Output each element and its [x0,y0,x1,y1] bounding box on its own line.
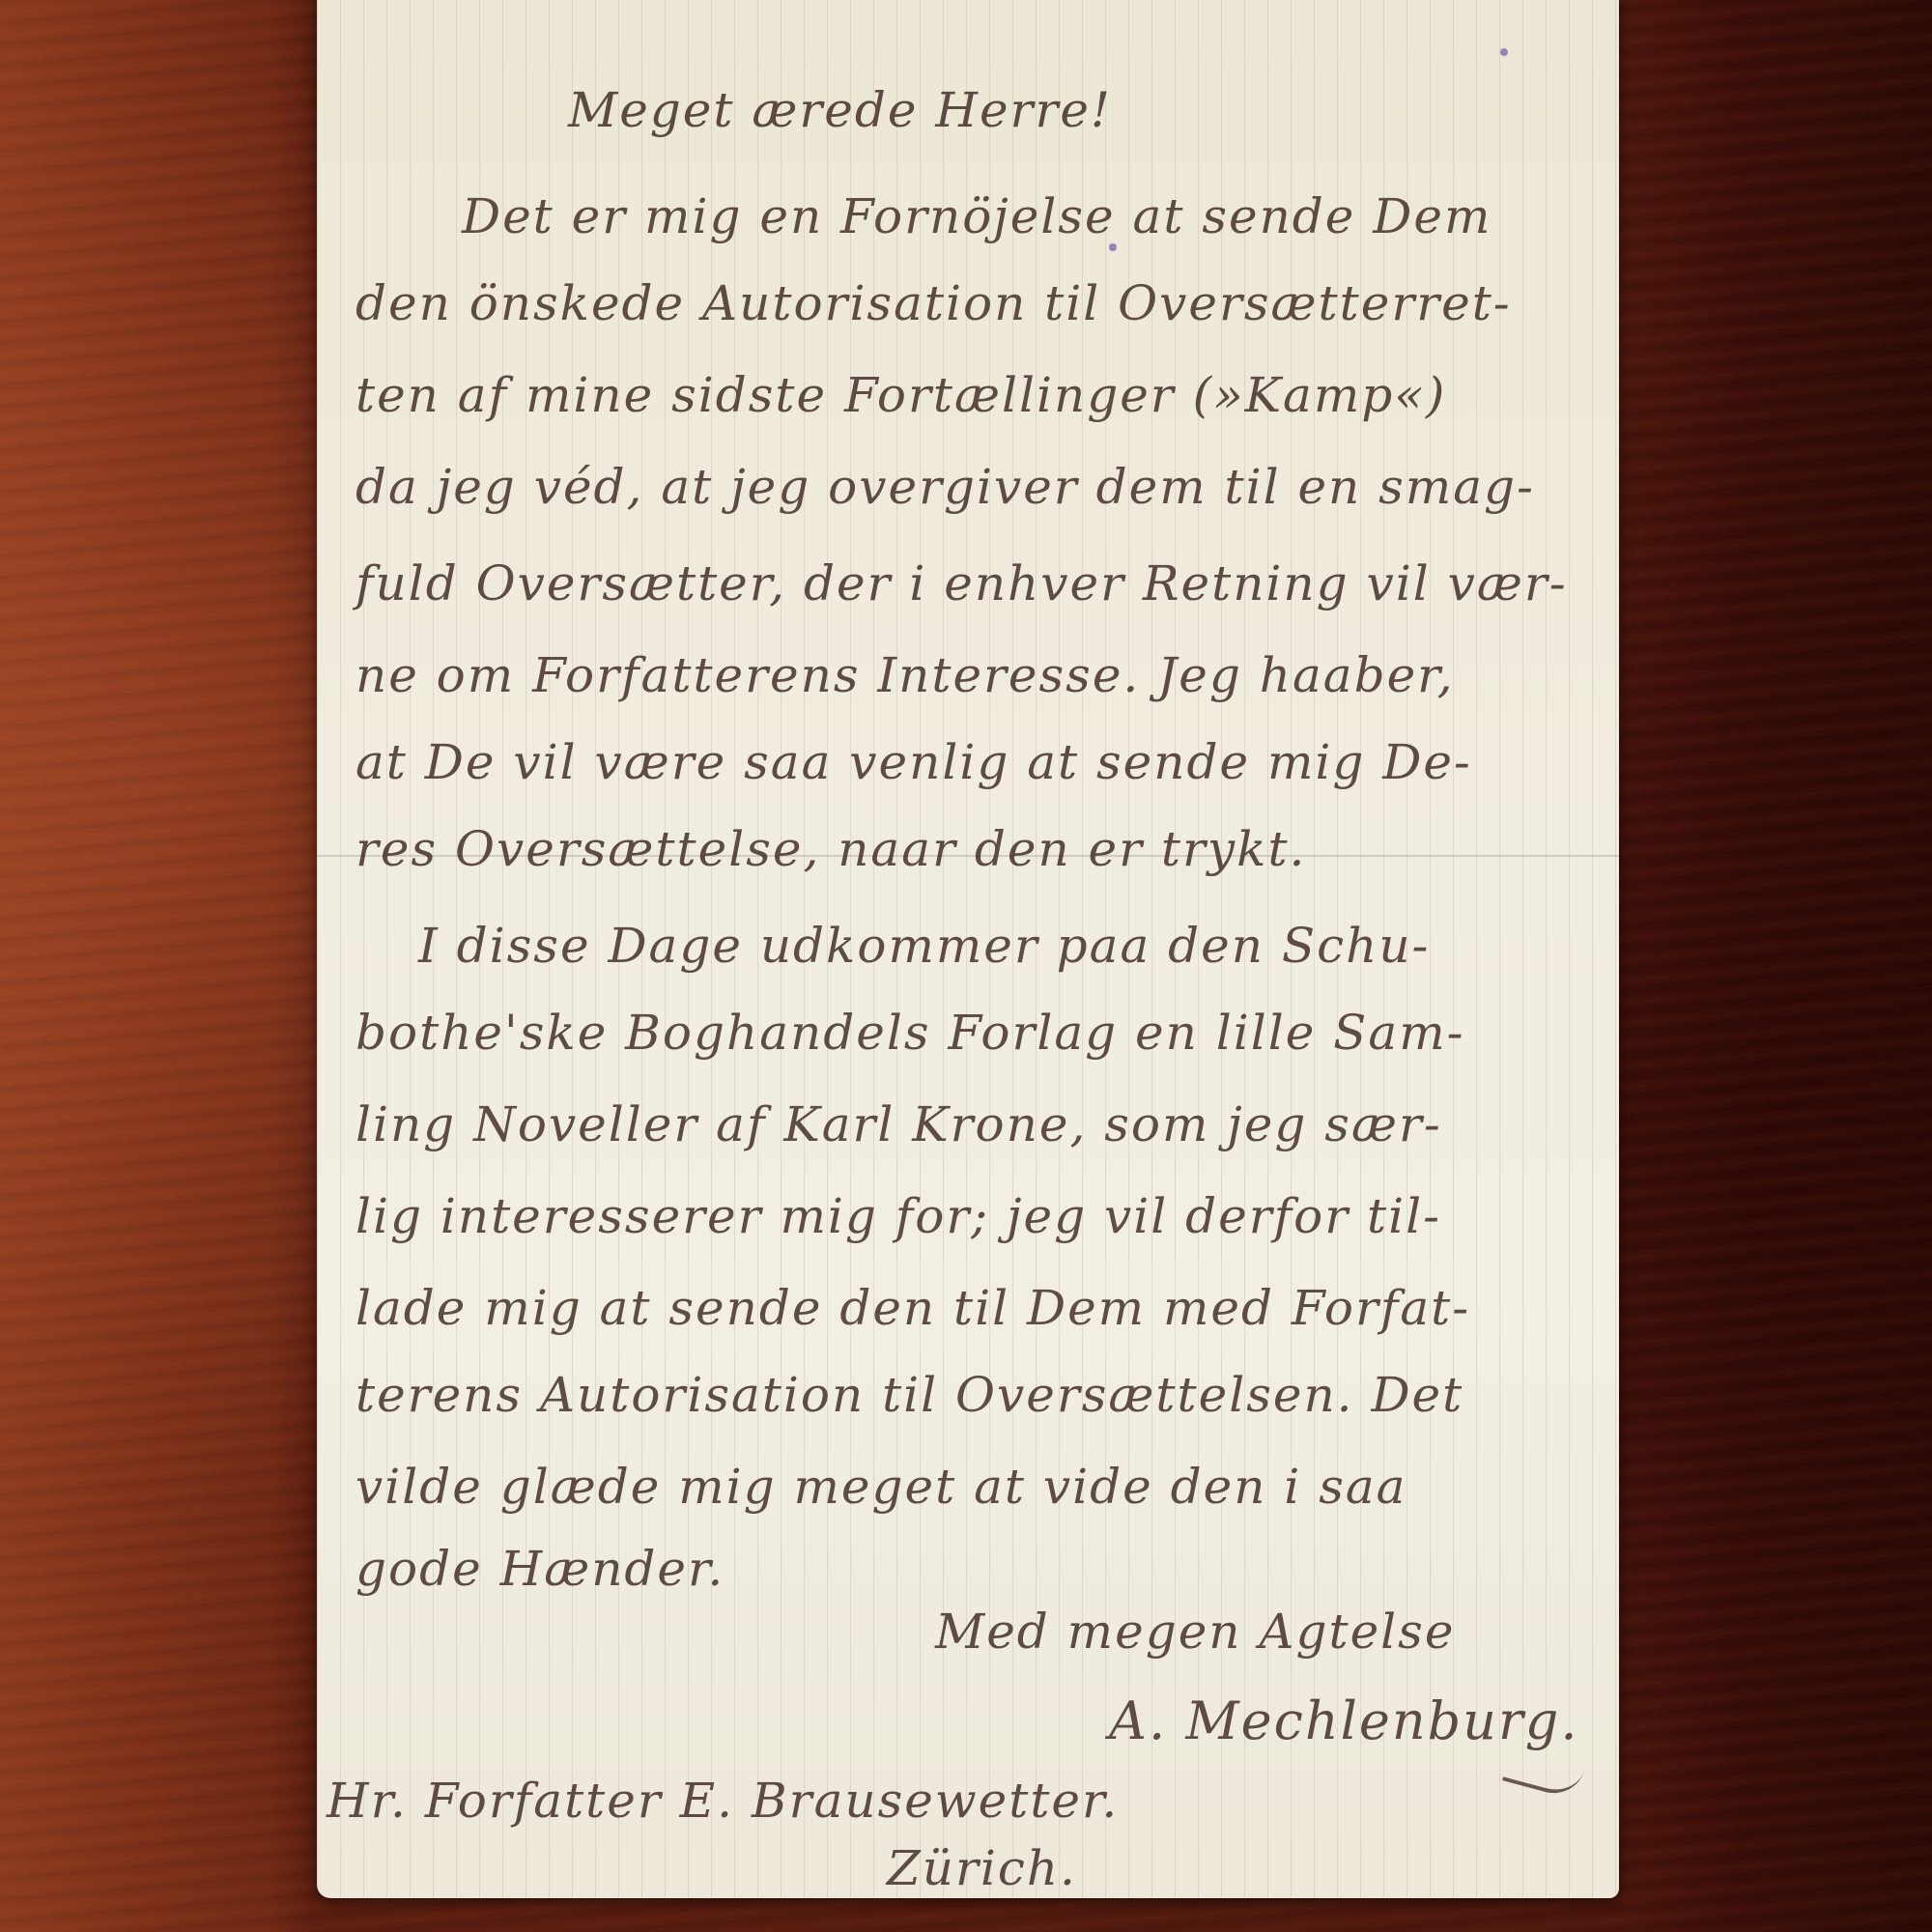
body-line: Det er mig en Fornöjelse at sende Dem [462,188,1492,244]
address-city: Zürich. [887,1840,1077,1896]
body-line: lade mig at sende den til Dem med Forfat… [355,1280,1470,1336]
body-line: den önskede Autorisation til Oversætterr… [355,275,1512,331]
ink-speck [1109,243,1117,251]
letter-paper: Meget ærede Herre! Det er mig en Fornöje… [317,0,1619,1898]
body-line: vilde glæde mig meget at vide den i saa [355,1459,1406,1515]
body-line: gode Hænder. [355,1541,724,1597]
closing: Med megen Agtelse [935,1604,1455,1660]
signature-flourish [1502,1748,1585,1801]
body-line: ne om Forfatterens Interesse. Jeg haaber… [355,647,1454,703]
body-line: I disse Dage udkommer paa den Schu- [418,918,1430,974]
body-line: ling Noveller af Karl Krone, som jeg sær… [355,1096,1442,1152]
body-line: bothe'ske Boghandels Forlag en lille Sam… [355,1005,1465,1061]
body-line: da jeg véd, at jeg overgiver dem til en … [355,459,1535,515]
body-line: ten af mine sidste Fortællinger (»Kamp«) [355,367,1446,423]
address-line: Hr. Forfatter E. Brausewetter. [327,1773,1119,1829]
salutation: Meget ærede Herre! [568,82,1112,138]
body-line: fuld Oversætter, der i enhver Retning vi… [355,555,1568,611]
signature: A. Mechlenburg. [1109,1690,1579,1751]
body-line: lig interesserer mig for; jeg vil derfor… [355,1188,1441,1244]
body-line: at De vil være saa venlig at sende mig D… [355,734,1472,790]
body-line: terens Autorisation til Oversættelsen. D… [355,1367,1463,1423]
ink-speck [1500,48,1508,56]
body-line: res Oversættelse, naar den er trykt. [355,821,1306,877]
